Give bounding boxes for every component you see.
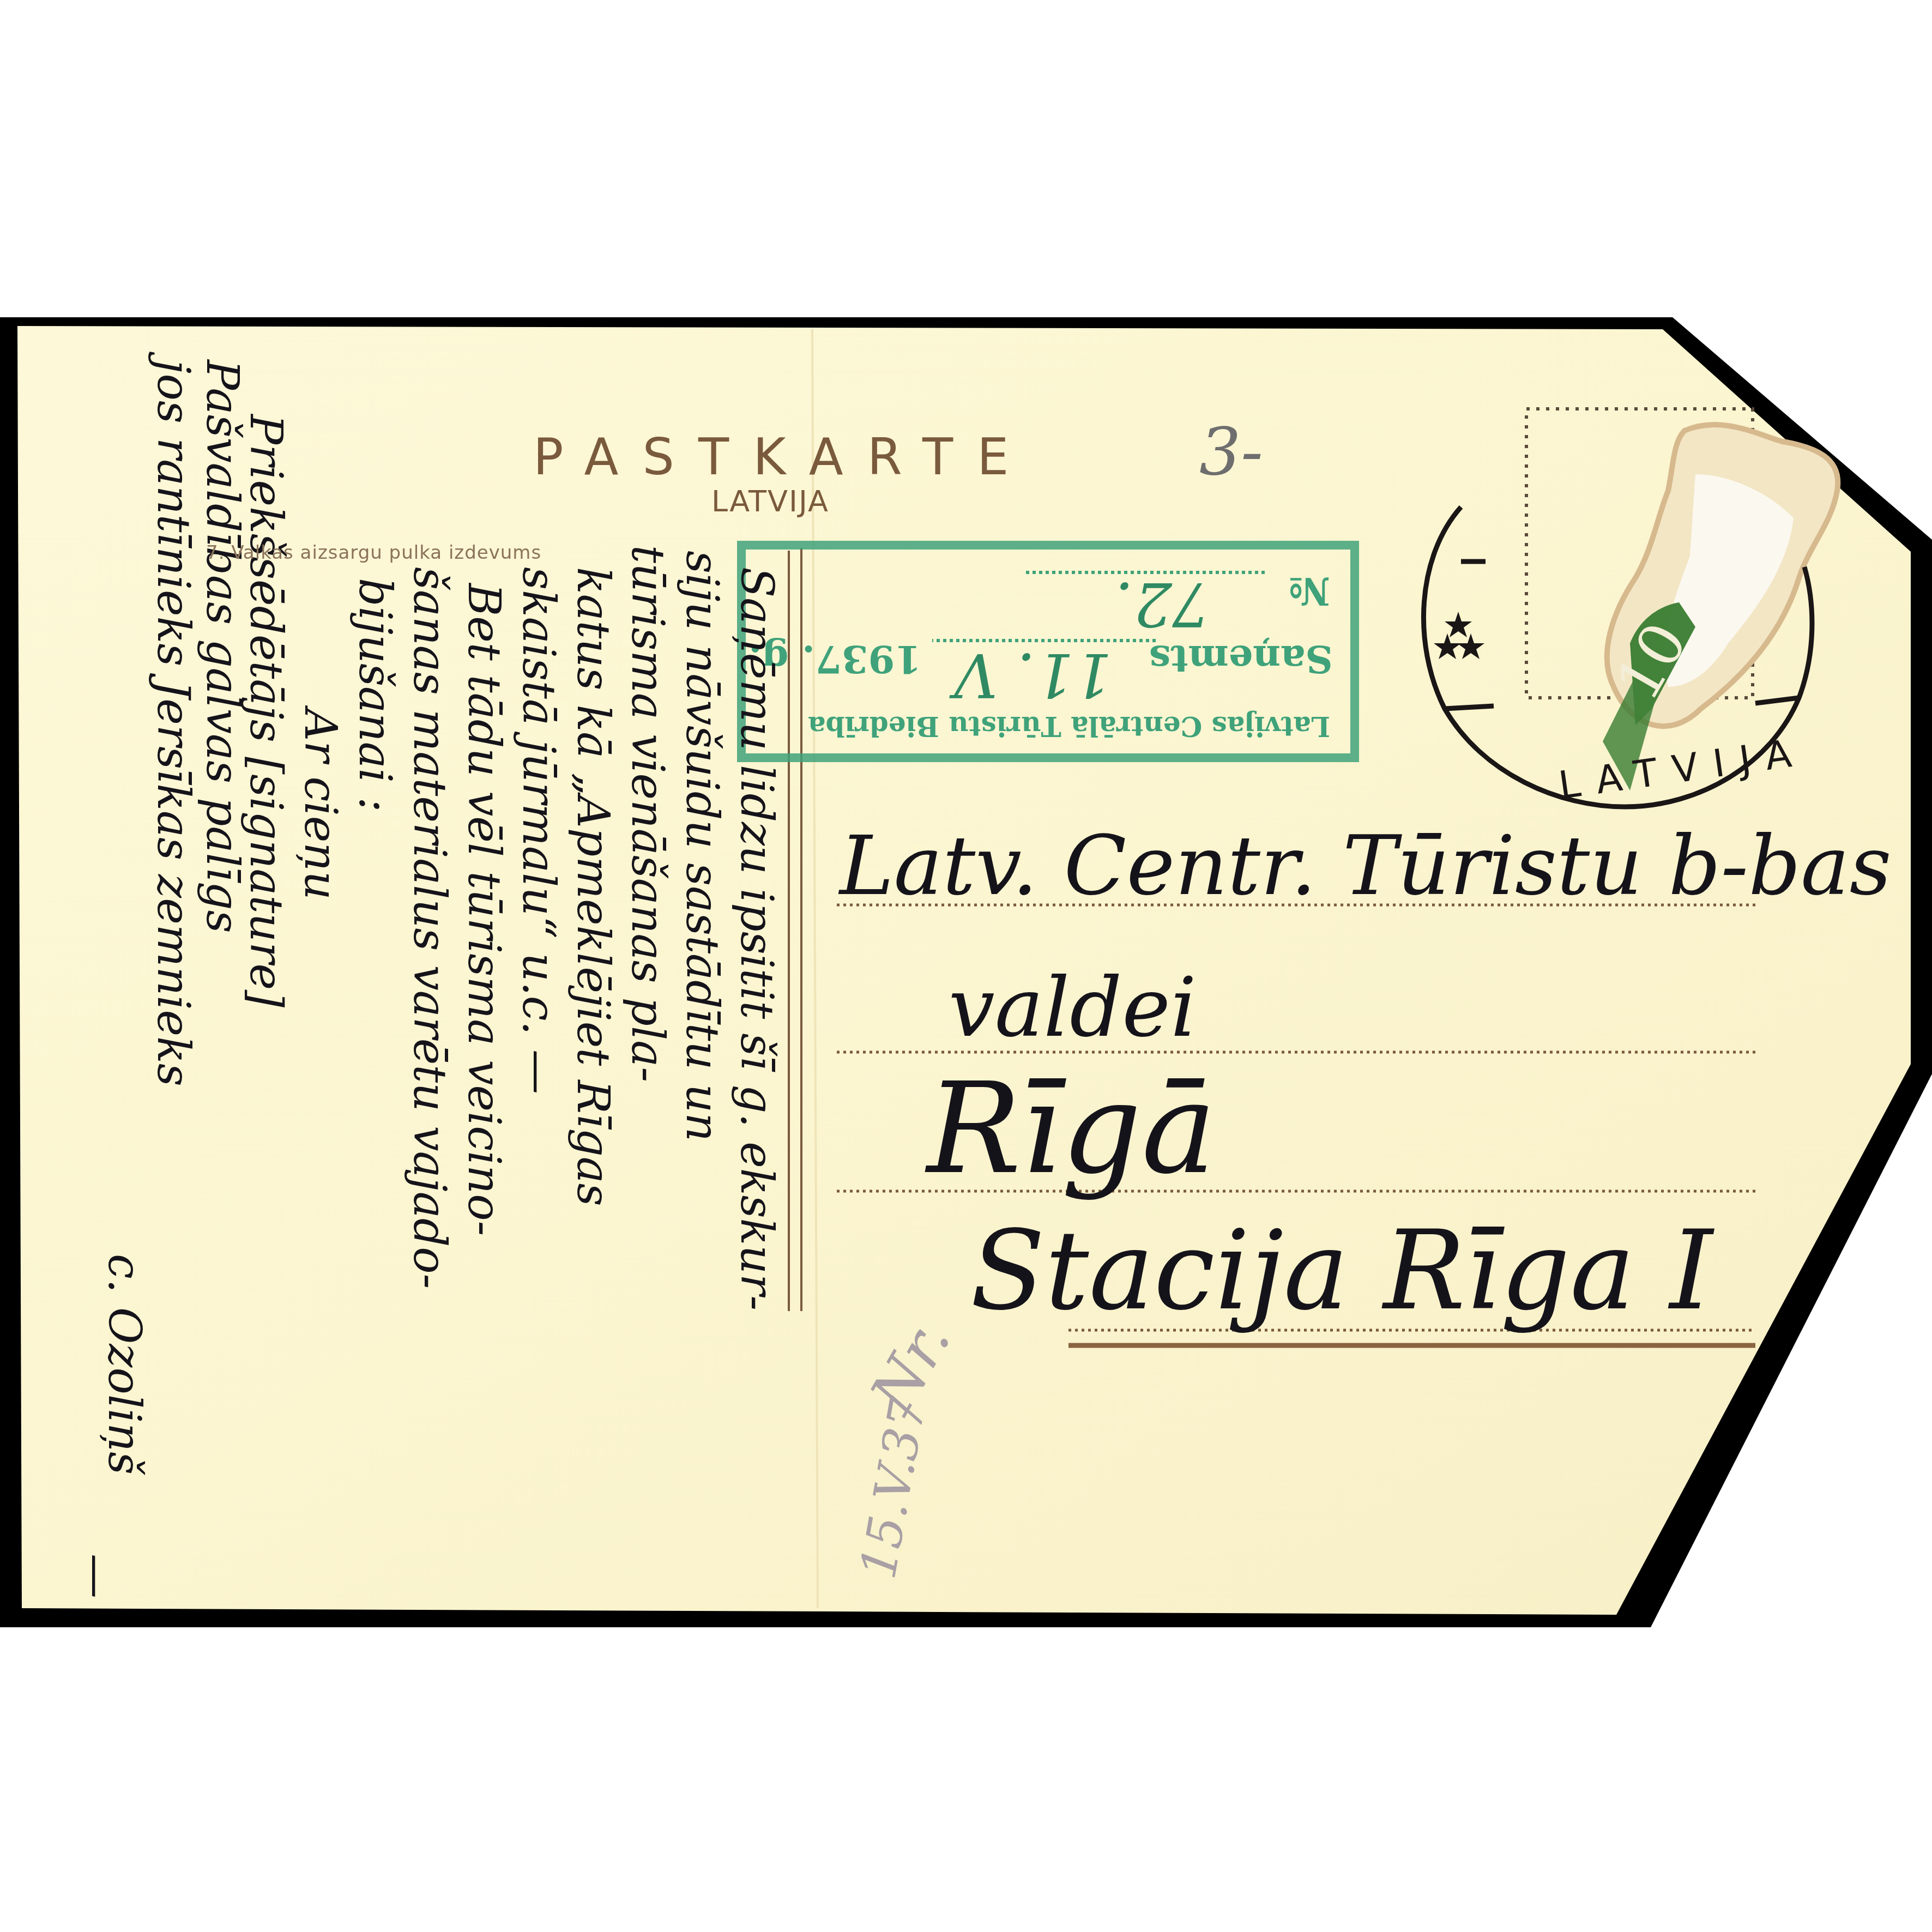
svg-text:№: №: [1289, 569, 1330, 614]
postcard-country: LATVIJA: [711, 484, 829, 518]
address-line-2-text: valdei: [949, 961, 1197, 1055]
postcard-title: PASTKARTE: [533, 428, 1033, 486]
svg-text:šanas materialus varētu vajado: šanas materialus varētu vajado-: [403, 567, 455, 1289]
svg-text:skaistā jūrmalu“ u.c. —: skaistā jūrmalu“ u.c. —: [512, 567, 564, 1094]
svg-text:jos rantīnieks Jersīkas zemnie: jos rantīnieks Jersīkas zemnieks: [147, 352, 199, 1086]
publisher-imprint: 7. Valkas aizsargu pulka izdevums: [206, 542, 541, 564]
address-line-1-text: Latv. Centr. Tūristu b-bas: [838, 819, 1892, 914]
svg-text:Ar cieņu: Ar cieņu: [294, 705, 346, 900]
svg-text:c. Ozoliņš: c. Ozoliņš: [98, 1254, 150, 1475]
address-line-3-text: Rīgā: [925, 1056, 1216, 1202]
svg-text:Pašvaldības galvas palīgs: Pašvaldības galvas palīgs: [196, 359, 248, 933]
svg-text:Saņēmu lidzu ipsitit šī g. eks: Saņēmu lidzu ipsitit šī g. ekskur-: [730, 567, 782, 1311]
svg-text:Latvijas Centrālā Tūristu Bied: Latvijas Centrālā Tūristu Biedrība: [808, 710, 1330, 742]
svg-text:bijušanai :: bijušanai :: [349, 578, 401, 812]
postcard-scan: 10 LATVIJA Latvijas Centrālā Tūristu Bie…: [0, 0, 1932, 1932]
svg-text:siju nāvšuidu sastādītu un: siju nāvšuidu sastādītu un: [676, 551, 728, 1142]
svg-text:Saņemts: Saņemts: [1149, 637, 1333, 682]
svg-text:katus kā „Apmeklējiet Rīgas: katus kā „Apmeklējiet Rīgas: [567, 567, 619, 1206]
pencil-note-top: 3-: [1199, 414, 1263, 490]
svg-text:tūrisma vienāšanas pla-: tūrisma vienāšanas pla-: [621, 545, 673, 1082]
svg-text:—: —: [71, 1554, 123, 1598]
svg-text:Bet tādu vēl tūrisma veicino-: Bet tādu vēl tūrisma veicino-: [458, 582, 510, 1236]
address-line-4-text: Stacija Rīga I: [970, 1207, 1715, 1335]
svg-text:11. V: 11. V: [949, 640, 1112, 710]
svg-text:72.: 72.: [1115, 569, 1210, 639]
